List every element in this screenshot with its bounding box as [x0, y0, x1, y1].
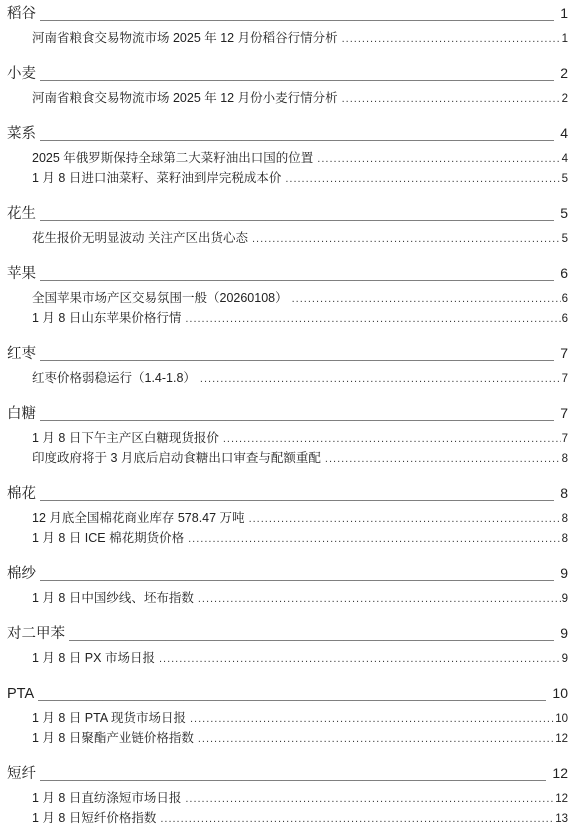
- underscore-leader: [40, 484, 554, 504]
- toc-item-page-number: 8: [562, 509, 568, 529]
- toc-heading-page-number: 6: [560, 263, 568, 283]
- dot-leader: [200, 369, 561, 389]
- toc-item-page-number: 4: [562, 149, 568, 169]
- toc-item-page-number: 6: [562, 289, 568, 309]
- toc-item-page-number: 5: [562, 229, 568, 249]
- dot-leader: [185, 789, 554, 809]
- toc-item-page-number: 8: [562, 449, 568, 469]
- underscore-leader: [38, 684, 546, 704]
- toc-heading-title: 稻谷: [7, 4, 36, 24]
- toc-item-title: 1 月 8 日下午主产区白糖现货报价: [32, 428, 219, 448]
- toc-heading-row[interactable]: 对二甲苯 9: [7, 623, 568, 643]
- toc-section: 稻谷 1 河南省粮食交易物流市场 2025 年 12 月份稻谷行情分析 1: [7, 3, 568, 48]
- toc-heading-page-number: 10: [552, 683, 568, 703]
- toc-heading-title: 白糖: [7, 404, 36, 424]
- underscore-leader: [40, 4, 554, 24]
- toc-heading-page-number: 8: [560, 483, 568, 503]
- toc-item-page-number: 1: [562, 29, 568, 49]
- toc-section: PTA 10 1 月 8 日 PTA 现货市场日报 10 1 月 8 日聚酯产业…: [7, 683, 568, 748]
- toc-item-row[interactable]: 印度政府将于 3 月底后启动食糖出口审查与配额重配 8: [7, 448, 568, 468]
- toc-item-row[interactable]: 河南省粮食交易物流市场 2025 年 12 月份稻谷行情分析 1: [7, 28, 568, 48]
- toc-heading-page-number: 2: [560, 63, 568, 83]
- underscore-leader: [40, 764, 546, 784]
- toc-heading-row[interactable]: 稻谷 1: [7, 3, 568, 23]
- underscore-leader: [40, 404, 554, 424]
- toc-heading-title: 小麦: [7, 64, 36, 84]
- toc-item-row[interactable]: 12 月底全国棉花商业库存 578.47 万吨 8: [7, 508, 568, 528]
- underscore-leader: [40, 64, 554, 84]
- dot-leader: [223, 429, 561, 449]
- toc-item-row[interactable]: 1 月 8 日下午主产区白糖现货报价 7: [7, 428, 568, 448]
- toc-heading-row[interactable]: 花生 5: [7, 203, 568, 223]
- toc-item-page-number: 9: [562, 589, 568, 609]
- toc-item-title: 2025 年俄罗斯保持全球第二大菜籽油出口国的位置: [32, 148, 313, 168]
- toc-item-row[interactable]: 全国苹果市场产区交易氛围一般（20260108） 6: [7, 288, 568, 308]
- toc-heading-title: PTA: [7, 684, 34, 704]
- dot-leader: [317, 149, 560, 169]
- toc-item-row[interactable]: 1 月 8 日短纤价格指数 13: [7, 808, 568, 828]
- toc-item-row[interactable]: 1 月 8 日直纺涤短市场日报 12: [7, 788, 568, 808]
- dot-leader: [190, 709, 554, 729]
- toc-heading-title: 棉花: [7, 484, 36, 504]
- toc-item-title: 1 月 8 日直纺涤短市场日报: [32, 788, 181, 808]
- toc-section: 棉花 8 12 月底全国棉花商业库存 578.47 万吨 8 1 月 8 日 I…: [7, 483, 568, 548]
- underscore-leader: [40, 344, 554, 364]
- toc-item-page-number: 8: [562, 529, 568, 549]
- toc-item-row[interactable]: 红枣价格弱稳运行（1.4-1.8） 7: [7, 368, 568, 388]
- underscore-leader: [40, 124, 554, 144]
- toc-heading-row[interactable]: 苹果 6: [7, 263, 568, 283]
- toc-item-page-number: 7: [562, 429, 568, 449]
- toc-section: 白糖 7 1 月 8 日下午主产区白糖现货报价 7 印度政府将于 3 月底后启动…: [7, 403, 568, 468]
- dot-leader: [159, 649, 561, 669]
- toc-section: 短纤 12 1 月 8 日直纺涤短市场日报 12 1 月 8 日短纤价格指数 1…: [7, 763, 568, 828]
- toc-section: 菜系 4 2025 年俄罗斯保持全球第二大菜籽油出口国的位置 4 1 月 8 日…: [7, 123, 568, 188]
- toc-item-title: 1 月 8 日 ICE 棉花期货价格: [32, 528, 184, 548]
- dot-leader: [160, 809, 554, 829]
- dot-leader: [252, 229, 561, 249]
- toc-item-title: 河南省粮食交易物流市场 2025 年 12 月份小麦行情分析: [32, 88, 338, 108]
- toc-item-title: 全国苹果市场产区交易氛围一般（20260108）: [32, 288, 288, 308]
- dot-leader: [342, 29, 561, 49]
- toc-item-page-number: 12: [555, 789, 568, 809]
- toc-item-title: 1 月 8 日山东苹果价格行情: [32, 308, 181, 328]
- toc-container: 稻谷 1 河南省粮食交易物流市场 2025 年 12 月份稻谷行情分析 1 小麦…: [0, 0, 575, 828]
- toc-item-row[interactable]: 1 月 8 日中国纱线、坯布指数 9: [7, 588, 568, 608]
- toc-item-title: 1 月 8 日 PX 市场日报: [32, 648, 155, 668]
- toc-section: 苹果 6 全国苹果市场产区交易氛围一般（20260108） 6 1 月 8 日山…: [7, 263, 568, 328]
- toc-heading-row[interactable]: PTA 10: [7, 683, 568, 703]
- dot-leader: [198, 729, 554, 749]
- toc-heading-page-number: 1: [560, 3, 568, 23]
- toc-item-page-number: 6: [562, 309, 568, 329]
- toc-heading-row[interactable]: 菜系 4: [7, 123, 568, 143]
- toc-item-title: 花生报价无明显波动 关注产区出货心态: [32, 228, 248, 248]
- toc-item-row[interactable]: 1 月 8 日 PTA 现货市场日报 10: [7, 708, 568, 728]
- toc-section: 棉纱 9 1 月 8 日中国纱线、坯布指数 9: [7, 563, 568, 608]
- toc-page: { "document": { "kind_label": "table-of-…: [0, 0, 575, 833]
- toc-item-title: 1 月 8 日进口油菜籽、菜籽油到岸完税成本价: [32, 168, 281, 188]
- toc-section: 小麦 2 河南省粮食交易物流市场 2025 年 12 月份小麦行情分析 2: [7, 63, 568, 108]
- toc-heading-title: 苹果: [7, 264, 36, 284]
- toc-heading-page-number: 9: [560, 563, 568, 583]
- toc-section: 对二甲苯 9 1 月 8 日 PX 市场日报 9: [7, 623, 568, 668]
- underscore-leader: [40, 204, 554, 224]
- toc-item-row[interactable]: 1 月 8 日山东苹果价格行情 6: [7, 308, 568, 328]
- toc-item-title: 1 月 8 日中国纱线、坯布指数: [32, 588, 194, 608]
- toc-heading-page-number: 4: [560, 123, 568, 143]
- dot-leader: [285, 169, 560, 189]
- dot-leader: [249, 509, 561, 529]
- dot-leader: [325, 449, 561, 469]
- toc-item-page-number: 5: [562, 169, 568, 189]
- toc-item-page-number: 7: [562, 369, 568, 389]
- toc-item-title: 河南省粮食交易物流市场 2025 年 12 月份稻谷行情分析: [32, 28, 338, 48]
- toc-item-title: 1 月 8 日 PTA 现货市场日报: [32, 708, 186, 728]
- toc-item-title: 12 月底全国棉花商业库存 578.47 万吨: [32, 508, 245, 528]
- toc-heading-page-number: 5: [560, 203, 568, 223]
- toc-item-page-number: 13: [555, 809, 568, 829]
- toc-heading-title: 棉纱: [7, 564, 36, 584]
- dot-leader: [292, 289, 561, 309]
- toc-heading-row[interactable]: 红枣 7: [7, 343, 568, 363]
- toc-heading-title: 菜系: [7, 124, 36, 144]
- toc-heading-title: 短纤: [7, 764, 36, 784]
- toc-item-page-number: 12: [555, 729, 568, 749]
- toc-item-row[interactable]: 2025 年俄罗斯保持全球第二大菜籽油出口国的位置 4: [7, 148, 568, 168]
- toc-item-row[interactable]: 1 月 8 日进口油菜籽、菜籽油到岸完税成本价 5: [7, 168, 568, 188]
- toc-heading-page-number: 12: [552, 763, 568, 783]
- toc-item-page-number: 10: [555, 709, 568, 729]
- underscore-leader: [40, 564, 554, 584]
- toc-item-page-number: 9: [562, 649, 568, 669]
- toc-item-title: 1 月 8 日短纤价格指数: [32, 808, 156, 828]
- toc-section: 红枣 7 红枣价格弱稳运行（1.4-1.8） 7: [7, 343, 568, 388]
- toc-item-title: 印度政府将于 3 月底后启动食糖出口审查与配额重配: [32, 448, 321, 468]
- toc-item-page-number: 2: [562, 89, 568, 109]
- toc-heading-row[interactable]: 白糖 7: [7, 403, 568, 423]
- toc-heading-page-number: 9: [560, 623, 568, 643]
- toc-heading-title: 花生: [7, 204, 36, 224]
- dot-leader: [342, 89, 561, 109]
- toc-heading-row[interactable]: 棉纱 9: [7, 563, 568, 583]
- dot-leader: [198, 589, 561, 609]
- toc-item-row[interactable]: 1 月 8 日聚酯产业链价格指数 12: [7, 728, 568, 748]
- toc-heading-title: 红枣: [7, 344, 36, 364]
- toc-heading-row[interactable]: 短纤 12: [7, 763, 568, 783]
- toc-item-title: 1 月 8 日聚酯产业链价格指数: [32, 728, 194, 748]
- dot-leader: [185, 309, 560, 329]
- toc-section: 花生 5 花生报价无明显波动 关注产区出货心态 5: [7, 203, 568, 248]
- toc-heading-row[interactable]: 棉花 8: [7, 483, 568, 503]
- toc-heading-row[interactable]: 小麦 2: [7, 63, 568, 83]
- underscore-leader: [69, 624, 554, 644]
- toc-item-row[interactable]: 1 月 8 日 ICE 棉花期货价格 8: [7, 528, 568, 548]
- dot-leader: [188, 529, 560, 549]
- toc-heading-page-number: 7: [560, 343, 568, 363]
- underscore-leader: [40, 264, 554, 284]
- toc-item-row[interactable]: 河南省粮食交易物流市场 2025 年 12 月份小麦行情分析 2: [7, 88, 568, 108]
- toc-heading-page-number: 7: [560, 403, 568, 423]
- toc-heading-title: 对二甲苯: [7, 624, 65, 644]
- toc-item-row[interactable]: 1 月 8 日 PX 市场日报 9: [7, 648, 568, 668]
- toc-item-title: 红枣价格弱稳运行（1.4-1.8）: [32, 368, 196, 388]
- toc-item-row[interactable]: 花生报价无明显波动 关注产区出货心态 5: [7, 228, 568, 248]
